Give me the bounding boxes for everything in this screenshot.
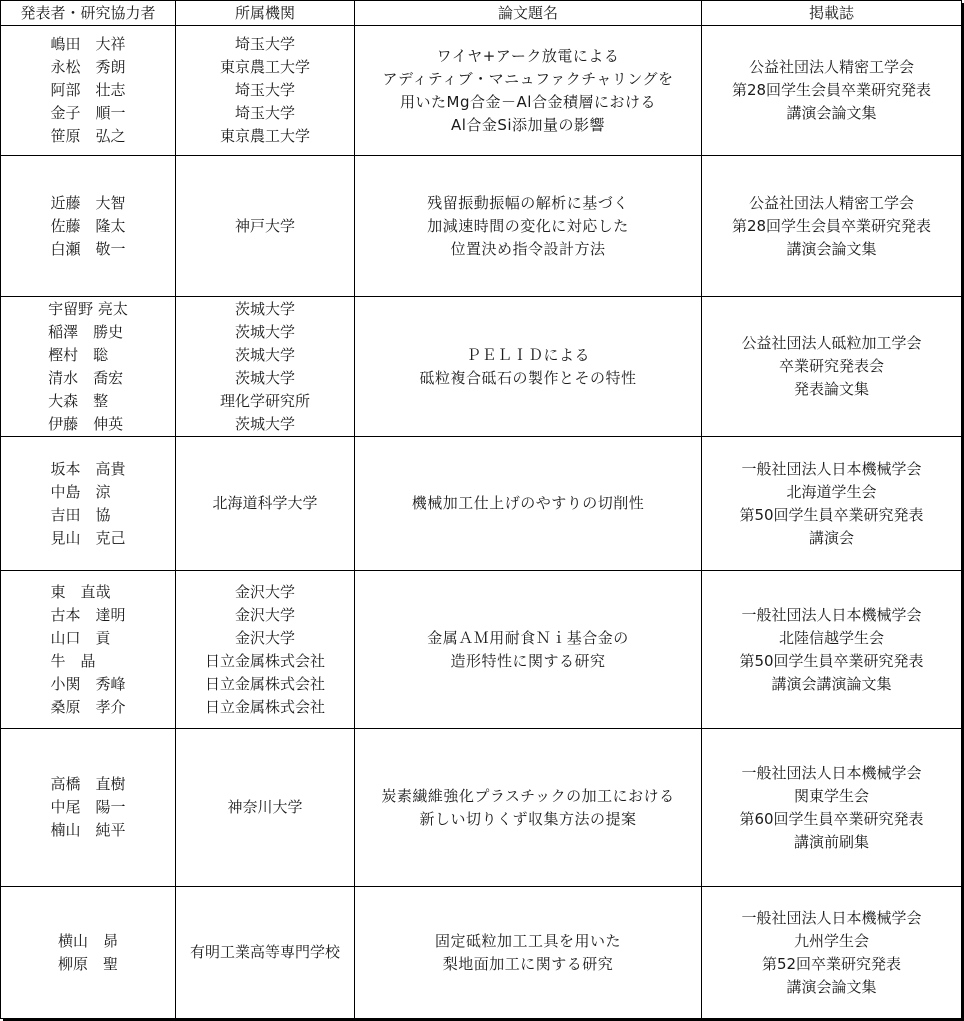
journal-cell: 公益社団法人精密工学会 第28回学生会員卒業研究発表 講演会論文集	[702, 156, 962, 297]
paper-title-line: 残留振動振幅の解析に基づく	[355, 192, 701, 215]
author-name: 桑原 孝介	[50, 696, 125, 719]
author-name: 中尾 陽一	[50, 796, 125, 819]
affiliation: 理化学研究所	[176, 390, 354, 413]
authors-cell: 宇留野 亮太 稲澤 勝史 樫村 聡 清水 喬宏 大森 整 伊藤 伸英	[1, 297, 176, 437]
affiliation: 神戸大学	[176, 215, 354, 238]
affiliation: 茨城大学	[176, 298, 354, 321]
paper-title-cell: ワイヤ+アーク放電による アディティブ・マニュファクチャリングを 用いたMg合金…	[355, 26, 702, 156]
affiliation: 茨城大学	[176, 367, 354, 390]
paper-title-line: 炭素繊維強化プラスチックの加工における	[355, 785, 701, 808]
author-name: 中島 涼	[50, 481, 125, 504]
author-name: 阿部 壮志	[50, 79, 125, 102]
affiliation-cell: 有明工業高等専門学校	[176, 887, 355, 1019]
journal-line: 第50回学生員卒業研究発表	[702, 504, 961, 527]
paper-title-line: 固定砥粒加工工具を用いた	[355, 930, 701, 953]
table-row: 横山 昴 柳原 聖 有明工業高等専門学校 固定砥粒加工工具を用いた 梨地面加工に…	[1, 887, 962, 1019]
author-name: 近藤 大智	[50, 192, 125, 215]
paper-title-line: ＰＥＬＩＤによる	[355, 344, 701, 367]
journal-line: 一般社団法人日本機械学会	[702, 907, 961, 930]
affiliation: 茨城大学	[176, 344, 354, 367]
author-name: 笹原 弘之	[50, 125, 125, 148]
author-name: 牛 晶	[50, 650, 125, 673]
affiliation: 茨城大学	[176, 321, 354, 344]
journal-line: 公益社団法人砥粒加工学会	[702, 332, 961, 355]
author-name: 嶋田 大祥	[50, 33, 125, 56]
author-name: 楠山 純平	[50, 819, 125, 842]
journal-cell: 一般社団法人日本機械学会 北海道学生会 第50回学生員卒業研究発表 講演会	[702, 437, 962, 571]
affiliation: 埼玉大学	[176, 33, 354, 56]
paper-title-line: 機械加工仕上げのやすりの切削性	[355, 492, 701, 515]
author-name: 大森 整	[48, 390, 128, 413]
journal-line: 第60回学生員卒業研究発表	[702, 808, 961, 831]
journal-line: 一般社団法人日本機械学会	[702, 762, 961, 785]
table-header-row: 発表者・研究協力者 所属機関 論文題名 掲載誌	[1, 1, 962, 26]
journal-line: 第28回学生会員卒業研究発表	[702, 79, 961, 102]
paper-title-line: 金属ＡＭ用耐食Ｎｉ基合金の	[355, 627, 701, 650]
publications-table: 発表者・研究協力者 所属機関 論文題名 掲載誌 嶋田 大祥 永松 秀朗 阿部 壮…	[0, 0, 962, 1019]
author-name: 古本 達明	[50, 604, 125, 627]
affiliation-cell: 北海道科学大学	[176, 437, 355, 571]
author-name: 永松 秀朗	[50, 56, 125, 79]
header-authors: 発表者・研究協力者	[1, 1, 176, 26]
affiliation-cell: 金沢大学 金沢大学 金沢大学 日立金属株式会社 日立金属株式会社 日立金属株式会…	[176, 571, 355, 729]
journal-line: 卒業研究発表会	[702, 355, 961, 378]
journal-line: 講演会講演論文集	[702, 673, 961, 696]
journal-line: 九州学生会	[702, 930, 961, 953]
paper-title-line: Al合金Si添加量の影響	[355, 114, 701, 137]
journal-cell: 公益社団法人精密工学会 第28回学生会員卒業研究発表 講演会論文集	[702, 26, 962, 156]
paper-title-line: 用いたMg合金－Al合金積層における	[355, 91, 701, 114]
authors-cell: 横山 昴 柳原 聖	[1, 887, 176, 1019]
paper-title-line: ワイヤ+アーク放電による	[355, 45, 701, 68]
author-name: 樫村 聡	[48, 344, 128, 367]
journal-line: 第28回学生会員卒業研究発表	[702, 215, 961, 238]
affiliation-cell: 埼玉大学 東京農工大学 埼玉大学 埼玉大学 東京農工大学	[176, 26, 355, 156]
journal-line: 一般社団法人日本機械学会	[702, 458, 961, 481]
journal-cell: 公益社団法人砥粒加工学会 卒業研究発表会 発表論文集	[702, 297, 962, 437]
paper-title-cell: 金属ＡＭ用耐食Ｎｉ基合金の 造形特性に関する研究	[355, 571, 702, 729]
journal-cell: 一般社団法人日本機械学会 関東学生会 第60回学生員卒業研究発表 講演前刷集	[702, 729, 962, 887]
paper-title-cell: 固定砥粒加工工具を用いた 梨地面加工に関する研究	[355, 887, 702, 1019]
paper-title-cell: 炭素繊維強化プラスチックの加工における 新しい切りくず収集方法の提案	[355, 729, 702, 887]
affiliation: 有明工業高等専門学校	[176, 941, 354, 964]
table-row: 坂本 高貴 中島 涼 吉田 協 見山 克己 北海道科学大学 機械加工仕上げのやす…	[1, 437, 962, 571]
paper-title-line: 加減速時間の変化に対応した	[355, 215, 701, 238]
affiliation: 埼玉大学	[176, 79, 354, 102]
table-row: 近藤 大智 佐藤 隆太 白瀬 敬一 神戸大学 残留振動振幅の解析に基づく 加減速…	[1, 156, 962, 297]
author-name: 宇留野 亮太	[48, 298, 128, 321]
journal-line: 講演会論文集	[702, 238, 961, 261]
journal-line: 講演会論文集	[702, 976, 961, 999]
affiliation: 金沢大学	[176, 604, 354, 627]
affiliation-cell: 神奈川大学	[176, 729, 355, 887]
author-name: 金子 順一	[50, 102, 125, 125]
affiliation-cell: 茨城大学 茨城大学 茨城大学 茨城大学 理化学研究所 茨城大学	[176, 297, 355, 437]
paper-title-line: 梨地面加工に関する研究	[355, 953, 701, 976]
author-name: 佐藤 隆太	[50, 215, 125, 238]
authors-cell: 近藤 大智 佐藤 隆太 白瀬 敬一	[1, 156, 176, 297]
paper-title-cell: ＰＥＬＩＤによる 砥粒複合砥石の製作とその特性	[355, 297, 702, 437]
affiliation: 埼玉大学	[176, 102, 354, 125]
table-row: 高橋 直樹 中尾 陽一 楠山 純平 神奈川大学 炭素繊維強化プラスチックの加工に…	[1, 729, 962, 887]
authors-cell: 高橋 直樹 中尾 陽一 楠山 純平	[1, 729, 176, 887]
author-name: 伊藤 伸英	[48, 413, 128, 436]
journal-line: 第52回卒業研究発表	[702, 953, 961, 976]
journal-line: 発表論文集	[702, 378, 961, 401]
author-name: 白瀬 敬一	[50, 238, 125, 261]
affiliation: 東京農工大学	[176, 125, 354, 148]
affiliation: 日立金属株式会社	[176, 696, 354, 719]
author-name: 高橋 直樹	[50, 773, 125, 796]
paper-title-line: 造形特性に関する研究	[355, 650, 701, 673]
affiliation: 神奈川大学	[176, 796, 354, 819]
journal-line: 関東学生会	[702, 785, 961, 808]
journal-line: 講演前刷集	[702, 831, 961, 854]
affiliation-cell: 神戸大学	[176, 156, 355, 297]
paper-title-line: 砥粒複合砥石の製作とその特性	[355, 367, 701, 390]
affiliation: 日立金属株式会社	[176, 673, 354, 696]
journal-line: 講演会	[702, 527, 961, 550]
header-journal: 掲載誌	[702, 1, 962, 26]
paper-title-cell: 残留振動振幅の解析に基づく 加減速時間の変化に対応した 位置決め指令設計方法	[355, 156, 702, 297]
author-name: 見山 克己	[50, 527, 125, 550]
affiliation: 日立金属株式会社	[176, 650, 354, 673]
header-paper-title: 論文題名	[355, 1, 702, 26]
paper-title-cell: 機械加工仕上げのやすりの切削性	[355, 437, 702, 571]
paper-title-line: 新しい切りくず収集方法の提案	[355, 808, 701, 831]
author-name: 横山 昴	[58, 930, 118, 953]
journal-line: 一般社団法人日本機械学会	[702, 604, 961, 627]
authors-cell: 東 直哉 古本 達明 山口 貢 牛 晶 小関 秀峰 桑原 孝介	[1, 571, 176, 729]
paper-title-line: 位置決め指令設計方法	[355, 238, 701, 261]
author-name: 柳原 聖	[58, 953, 118, 976]
journal-cell: 一般社団法人日本機械学会 九州学生会 第52回卒業研究発表 講演会論文集	[702, 887, 962, 1019]
journal-cell: 一般社団法人日本機械学会 北陸信越学生会 第50回学生員卒業研究発表 講演会講演…	[702, 571, 962, 729]
journal-line: 北陸信越学生会	[702, 627, 961, 650]
affiliation: 茨城大学	[176, 413, 354, 436]
table-row: 東 直哉 古本 達明 山口 貢 牛 晶 小関 秀峰 桑原 孝介 金沢大学 金沢大…	[1, 571, 962, 729]
paper-title-line: アディティブ・マニュファクチャリングを	[355, 68, 701, 91]
affiliation: 東京農工大学	[176, 56, 354, 79]
journal-line: 北海道学生会	[702, 481, 961, 504]
author-name: 山口 貢	[50, 627, 125, 650]
author-name: 坂本 高貴	[50, 458, 125, 481]
author-name: 稲澤 勝史	[48, 321, 128, 344]
affiliation: 金沢大学	[176, 627, 354, 650]
journal-line: 公益社団法人精密工学会	[702, 56, 961, 79]
journal-line: 講演会論文集	[702, 102, 961, 125]
publications-table-container: 発表者・研究協力者 所属機関 論文題名 掲載誌 嶋田 大祥 永松 秀朗 阿部 壮…	[0, 0, 961, 1018]
authors-cell: 坂本 高貴 中島 涼 吉田 協 見山 克己	[1, 437, 176, 571]
author-name: 小関 秀峰	[50, 673, 125, 696]
table-row: 嶋田 大祥 永松 秀朗 阿部 壮志 金子 順一 笹原 弘之 埼玉大学 東京農工大…	[1, 26, 962, 156]
author-name: 東 直哉	[50, 581, 125, 604]
authors-cell: 嶋田 大祥 永松 秀朗 阿部 壮志 金子 順一 笹原 弘之	[1, 26, 176, 156]
table-row: 宇留野 亮太 稲澤 勝史 樫村 聡 清水 喬宏 大森 整 伊藤 伸英 茨城大学 …	[1, 297, 962, 437]
affiliation: 北海道科学大学	[176, 492, 354, 515]
header-affiliation: 所属機関	[176, 1, 355, 26]
journal-line: 公益社団法人精密工学会	[702, 192, 961, 215]
affiliation: 金沢大学	[176, 581, 354, 604]
author-name: 清水 喬宏	[48, 367, 128, 390]
author-name: 吉田 協	[50, 504, 125, 527]
journal-line: 第50回学生員卒業研究発表	[702, 650, 961, 673]
